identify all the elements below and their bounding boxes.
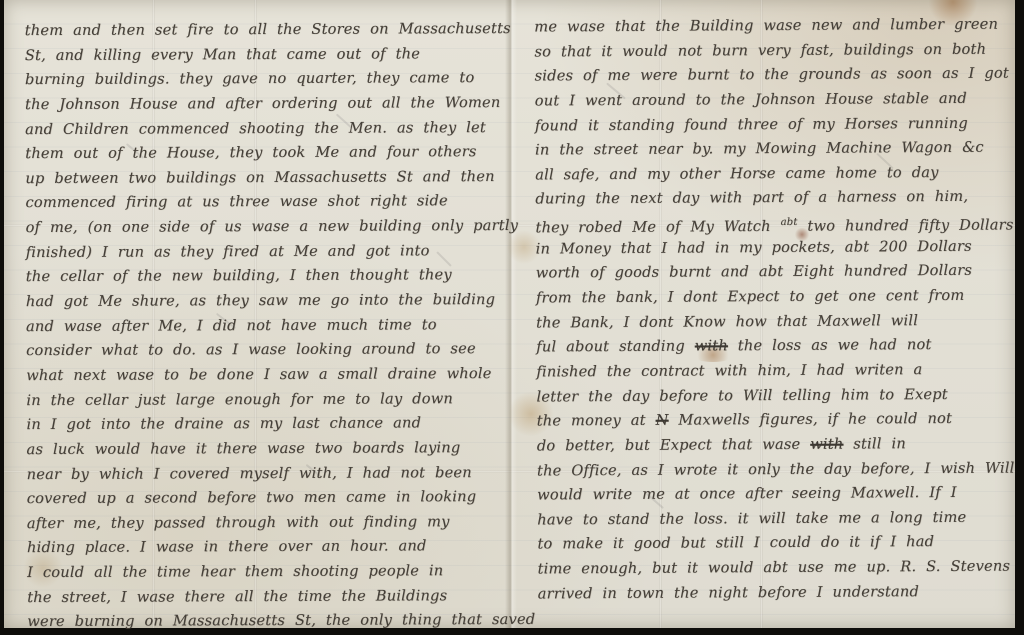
handwriting-line: them out of the House, they took Me and … — [25, 140, 513, 167]
handwriting-line: St, and killing every Man that came out … — [25, 42, 513, 69]
handwriting-line: and Children commenced shooting the Men.… — [25, 115, 513, 142]
handwriting-line: sides of me were burnt to the grounds as… — [534, 62, 1016, 90]
handwriting-line: during the next day with part of a harne… — [535, 185, 1017, 213]
handwriting-line: burning buildings. they gave no quarter,… — [25, 66, 513, 93]
handwriting-line: consider what to do. as I wase looking a… — [26, 337, 514, 364]
handwriting-line: in I got into the draine as my last chan… — [26, 411, 514, 438]
handwriting-line: all safe, and my other Horse came home t… — [535, 160, 1017, 188]
handwriting-line: finished the contract with him, I had wr… — [536, 357, 1018, 385]
handwriting-line: near by which I covered myself with, I h… — [27, 460, 515, 487]
handwriting-line: have to stand the loss. it will take me … — [537, 505, 1019, 533]
handwriting-line: in the street near by. my Mowing Machine… — [535, 136, 1017, 164]
handwriting-line: were burning on Massachusetts St, the on… — [27, 608, 515, 635]
handwriting-line: I could all the time hear them shooting … — [27, 559, 515, 586]
handwriting-line: covered up a second before two men came … — [27, 485, 515, 512]
handwriting-line: and wase after Me, I did not have much t… — [26, 313, 514, 340]
handwriting-line: worth of goods burnt and abt Eight hundr… — [536, 259, 1018, 287]
handwriting-line: hiding place. I wase in there over an ho… — [27, 534, 515, 561]
letter-paper: them and then set fire to all the Stores… — [4, 0, 1015, 628]
handwriting-line: what next wase to be done I saw a small … — [26, 362, 514, 389]
handwriting-line: them and then set fire to all the Stores… — [25, 17, 513, 44]
handwriting-line: finished) I run as they fired at Me and … — [26, 239, 514, 266]
handwriting-line: time enough, but it would abt use me up.… — [538, 555, 1020, 583]
handwriting-line: so that it would not burn very fast, bui… — [534, 37, 1016, 65]
letter-page-right: me wase that the Building wase new and l… — [534, 13, 1020, 607]
handwriting-line: of me, (on one side of us wase a new bui… — [26, 214, 514, 241]
handwriting-line: the money at N Maxwells figures, if he c… — [537, 407, 1019, 435]
handwriting-line: the Bank, I dont Know how that Maxwell w… — [536, 308, 1018, 336]
letter-page-left: them and then set fire to all the Stores… — [25, 17, 516, 635]
handwriting-line: do better, but Expect that wase with sti… — [537, 431, 1019, 459]
handwriting-line: after me, they passed through with out f… — [27, 510, 515, 537]
handwriting-line: the cellar of the new building, I then t… — [26, 263, 514, 290]
handwriting-line: the street, I wase there all the time th… — [27, 584, 515, 611]
handwriting-line: in the cellar just large enough for me t… — [26, 387, 514, 414]
letter-scan: them and then set fire to all the Stores… — [0, 0, 1024, 635]
struck-out-word: N — [656, 412, 669, 429]
handwriting-line: as luck would have it there wase two boa… — [26, 436, 514, 463]
handwriting-line: they robed Me of My Watch abt two hundre… — [535, 210, 1017, 238]
handwriting-line: letter the day before to Will telling hi… — [536, 382, 1018, 410]
struck-out-word: with — [695, 338, 728, 355]
handwriting-line: ful about standing with the loss as we h… — [536, 333, 1018, 361]
handwriting-line: had got Me shure, as they saw me go into… — [26, 288, 514, 315]
handwriting-line: up between two buildings on Massachusett… — [25, 165, 513, 192]
handwriting-line: out I went around to the Johnson House s… — [535, 86, 1017, 114]
handwriting-line: from the bank, I dont Expect to get one … — [536, 284, 1018, 312]
handwriting-line: found it standing found three of my Hors… — [535, 111, 1017, 139]
handwriting-line: the Office, as I wrote it only the day b… — [537, 456, 1019, 484]
superscript-insertion: abt — [781, 217, 798, 228]
handwriting-line: to make it good but still I could do it … — [537, 530, 1019, 558]
handwriting-line: me wase that the Building wase new and l… — [534, 13, 1016, 41]
struck-out-word: with — [810, 435, 843, 452]
handwriting-line: commenced firing at us three wase shot r… — [25, 189, 513, 216]
handwriting-line: the Johnson House and after ordering out… — [25, 91, 513, 118]
handwriting-line: would write me at once after seeing Maxw… — [537, 481, 1019, 509]
handwriting-line: arrived in town the night before I under… — [538, 579, 1020, 607]
handwriting-line: in Money that I had in my pockets, abt 2… — [536, 234, 1018, 262]
